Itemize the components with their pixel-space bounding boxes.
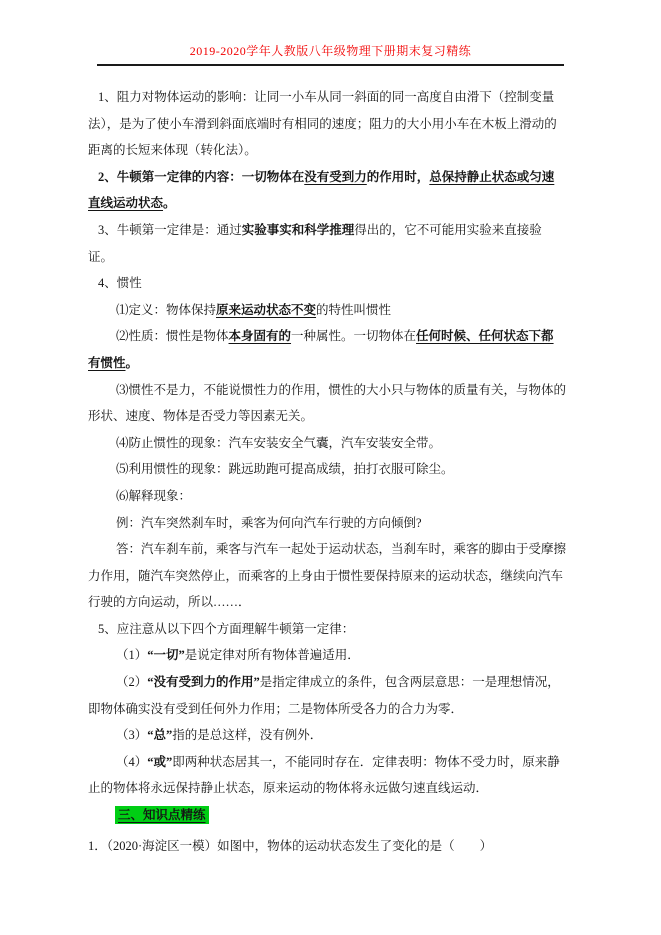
header-divider	[97, 64, 564, 66]
text-segment: 1．（2020·海淀区一模）如图中，物体的运动状态发生了变化的是（ ）	[88, 839, 492, 853]
paragraph-1-resistance-effect: 1、阻力对物体运动的影响：让同一小车从同一斜面的同一高度自由滑下（控制变量法），…	[88, 84, 566, 164]
text-segment: ⑷防止惯性的现象：汽车安装安全气囊，汽车安装安全带。	[116, 436, 441, 450]
text-segment: 的作用时，	[367, 170, 430, 184]
text-segment: （2）	[116, 675, 147, 689]
text-segment: 例：汽车突然刹车时，乘客为何向汽车行驶的方向倾倒?	[116, 516, 422, 530]
paragraph-5-3-always: （3）“总”指的是总这样，没有例外．	[88, 722, 566, 749]
paragraph-5-2-no-force: （2）“没有受到力的作用”是指定律成立的条件，包含两层意思：一是理想情况，即物体…	[88, 669, 566, 722]
text-segment: “一切”	[147, 648, 185, 662]
paragraph-4-4-prevent-inertia: ⑷防止惯性的现象：汽车安装安全气囊，汽车安装安全带。	[88, 430, 566, 457]
text-segment: ⑶惯性不是力，不能说惯性力的作用，惯性的大小只与物体的质量有关，与物体的形状、速…	[88, 383, 566, 424]
content: 1、阻力对物体运动的影响：让同一小车从同一斜面的同一高度自由滑下（控制变量法），…	[88, 84, 566, 859]
text-segment: 的特性叫惯性	[316, 303, 391, 317]
text-segment: 没有受到力	[304, 170, 367, 184]
paragraph-4-inertia-heading: 4、惯性	[88, 270, 566, 297]
text-segment: 2、牛顿第一定律的内容：一切物体在	[98, 170, 304, 184]
paragraph-example: 例：汽车突然刹车时，乘客为何向汽车行驶的方向倾倒?	[88, 510, 566, 537]
paragraph-4-2-property: ⑵性质：惯性是物体本身固有的一种属性。一切物体在任何时候、任何状态下都有惯性。	[88, 323, 566, 376]
paragraph-4-1-definition: ⑴定义：物体保持原来运动状态不变的特性叫惯性	[88, 297, 566, 324]
text-segment: （1）	[116, 648, 147, 662]
text-segment: 原来运动状态不变	[216, 303, 316, 317]
question-1: 1．（2020·海淀区一模）如图中，物体的运动状态发生了变化的是（ ）	[88, 833, 566, 860]
section-heading-knowledge-drill: 三、知识点精练	[115, 802, 566, 829]
page-title: 2019-2020学年人教版八年级物理下册期末复习精练	[0, 0, 661, 59]
text-segment: 4、惯性	[98, 276, 142, 290]
text-segment: 1、阻力对物体运动的影响：让同一小车从同一斜面的同一高度自由滑下（控制变量法），…	[88, 90, 557, 157]
paragraph-3-law-derivation: 3、牛顿第一定律是：通过实验事实和科学推理得出的，它不可能用实验来直接验证。	[88, 217, 566, 270]
text-segment: 实验事实和科学推理	[242, 223, 355, 237]
text-segment: 3、牛顿第一定律是：通过	[98, 223, 242, 237]
text-segment: 指的是总这样，没有例外．	[172, 728, 322, 742]
text-segment: 一种属性。一切物体在	[291, 329, 416, 343]
text-segment: 答：汽车刹车前，乘客与汽车一起处于运动状态，当刹车时，乘客的脚由于受摩擦力作用，…	[88, 542, 566, 609]
text-segment: ⑴定义：物体保持	[116, 303, 216, 317]
document-header: 2019-2020学年人教版八年级物理下册期末复习精练	[0, 0, 661, 66]
text-segment: 本身固有的	[229, 329, 292, 343]
text-segment: “没有受到力的作用”	[147, 675, 260, 689]
text-segment: ⑵性质：惯性是物体	[116, 329, 229, 343]
paragraph-4-6-explain-phenomena: ⑹解释现象：	[88, 483, 566, 510]
document-page: 2019-2020学年人教版八年级物理下册期末复习精练 1、阻力对物体运动的影响…	[0, 0, 661, 935]
text-segment: 是说定律对所有物体普遍适用．	[185, 648, 360, 662]
paragraph-5-4-or: （4）“或”即两种状态居其一，不能同时存在．定律表明：物体不受力时，原来静止的物…	[88, 749, 566, 802]
text-segment: （3）	[116, 728, 147, 742]
text-segment: （4）	[116, 755, 147, 769]
text-segment: 。	[163, 196, 176, 210]
paragraph-answer: 答：汽车刹车前，乘客与汽车一起处于运动状态，当刹车时，乘客的脚由于受摩擦力作用，…	[88, 536, 566, 616]
text-segment: “总”	[147, 728, 172, 742]
text-segment: 三、知识点精练	[115, 806, 209, 824]
paragraph-4-3-not-a-force: ⑶惯性不是力，不能说惯性力的作用，惯性的大小只与物体的质量有关，与物体的形状、速…	[88, 377, 566, 430]
paragraph-2-newton-first-law-content: 2、牛顿第一定律的内容：一切物体在没有受到力的作用时，总保持静止状态或匀速直线运…	[88, 164, 566, 217]
text-segment: 5、应注意从以下四个方面理解牛顿第一定律：	[98, 622, 354, 636]
paragraph-5-1-all: （1）“一切”是说定律对所有物体普遍适用．	[88, 642, 566, 669]
text-segment: “或”	[147, 755, 172, 769]
text-segment: ⑹解释现象：	[116, 489, 191, 503]
text-segment: ⑸利用惯性的现象：跳远助跑可提高成绩，拍打衣服可除尘。	[116, 462, 454, 476]
paragraph-5-four-aspects: 5、应注意从以下四个方面理解牛顿第一定律：	[88, 616, 566, 643]
text-segment: 。	[126, 356, 139, 370]
paragraph-4-5-use-inertia: ⑸利用惯性的现象：跳远助跑可提高成绩，拍打衣服可除尘。	[88, 456, 566, 483]
